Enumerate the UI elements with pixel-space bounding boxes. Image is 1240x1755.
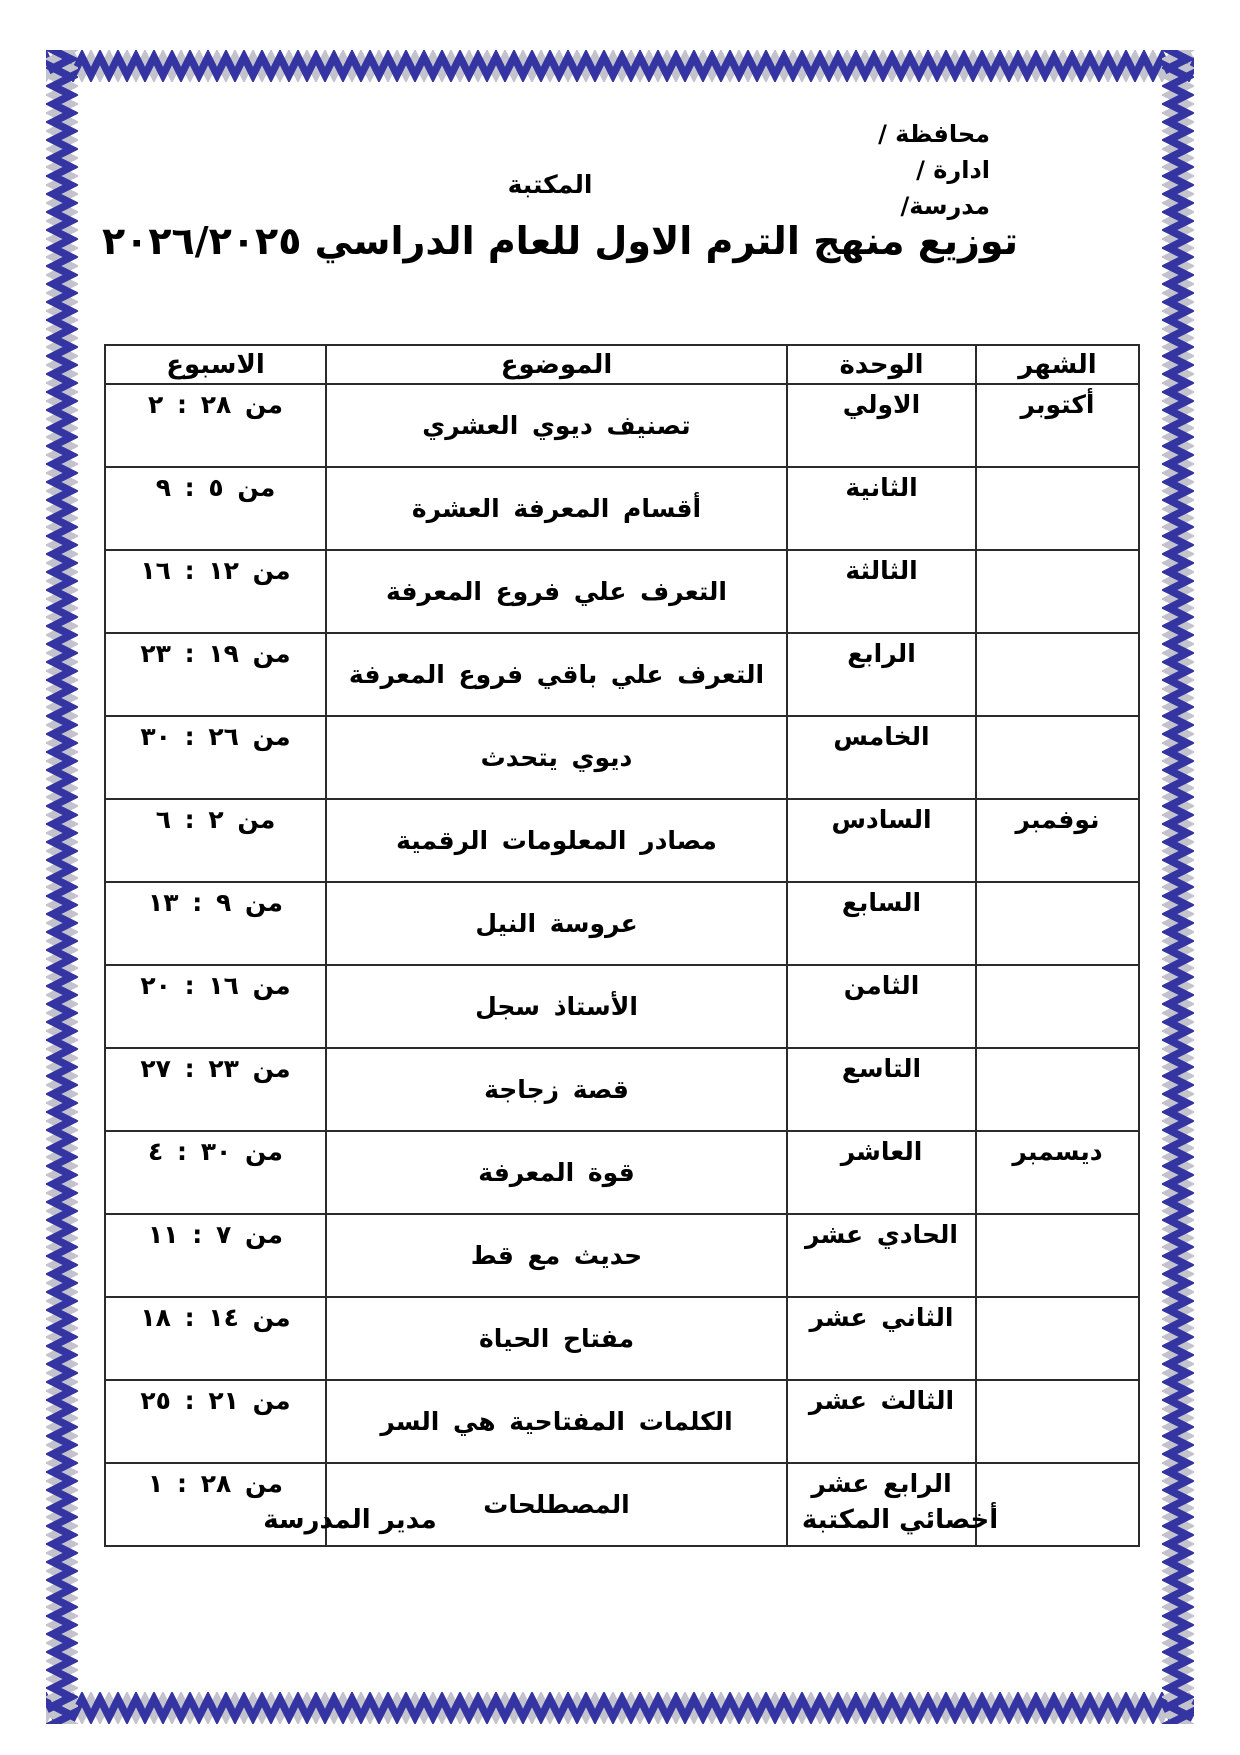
table-row: التاسعقصة زجاجةمن ٢٣ : ٢٧ <box>105 1048 1139 1131</box>
decorative-border-top <box>46 50 1194 82</box>
decorative-border-bottom <box>46 1692 1194 1724</box>
column-header-month: الشهر <box>976 345 1139 384</box>
topic-cell: مصادر المعلومات الرقمية <box>326 799 787 882</box>
topic-cell: الكلمات المفتاحية هي السر <box>326 1380 787 1463</box>
unit-cell: الرابع <box>787 633 976 716</box>
month-cell <box>976 550 1139 633</box>
topic-cell: الأستاذ سجل <box>326 965 787 1048</box>
topic-cell: حديث مع قط <box>326 1214 787 1297</box>
table-row: أكتوبرالاوليتصنيف ديوي العشريمن ٢٨ : ٢ <box>105 384 1139 467</box>
week-cell: من ٧ : ١١ <box>105 1214 326 1297</box>
month-cell: ديسمبر <box>976 1131 1139 1214</box>
table-header-row: الشهر الوحدة الموضوع الاسبوع <box>105 345 1139 384</box>
table-row: الخامسديوي يتحدثمن ٢٦ : ٣٠ <box>105 716 1139 799</box>
unit-cell: السادس <box>787 799 976 882</box>
topic-cell: أقسام المعرفة العشرة <box>326 467 787 550</box>
unit-cell: الحادي عشر <box>787 1214 976 1297</box>
week-cell: من ٢٨ : ٢ <box>105 384 326 467</box>
week-cell: من ٩ : ١٣ <box>105 882 326 965</box>
month-cell <box>976 965 1139 1048</box>
header-official-block: محافظة / ادارة / مدرسة/ <box>878 116 990 224</box>
unit-cell: الثالثة <box>787 550 976 633</box>
principal-signature: مدير المدرسة <box>250 1505 450 1535</box>
month-cell: نوفمبر <box>976 799 1139 882</box>
column-header-week: الاسبوع <box>105 345 326 384</box>
table-row: الثامنالأستاذ سجلمن ١٦ : ٢٠ <box>105 965 1139 1048</box>
unit-cell: العاشر <box>787 1131 976 1214</box>
unit-cell: التاسع <box>787 1048 976 1131</box>
unit-cell: الثاني عشر <box>787 1297 976 1380</box>
unit-cell: الخامس <box>787 716 976 799</box>
table-row: نوفمبرالسادسمصادر المعلومات الرقميةمن ٢ … <box>105 799 1139 882</box>
topic-cell: مفتاح الحياة <box>326 1297 787 1380</box>
week-cell: من ١٢ : ١٦ <box>105 550 326 633</box>
week-cell: من ٥ : ٩ <box>105 467 326 550</box>
unit-cell: الثانية <box>787 467 976 550</box>
table-row: الثاني عشرمفتاح الحياةمن ١٤ : ١٨ <box>105 1297 1139 1380</box>
document-page: محافظة / ادارة / مدرسة/ المكتبة توزيع من… <box>0 0 1240 1755</box>
week-cell: من ١٩ : ٢٣ <box>105 633 326 716</box>
unit-cell: الثامن <box>787 965 976 1048</box>
month-cell <box>976 467 1139 550</box>
week-cell: من ٢ : ٦ <box>105 799 326 882</box>
librarian-signature: أخصائي المكتبة <box>800 1505 1000 1535</box>
unit-cell: السابع <box>787 882 976 965</box>
table-row: ديسمبرالعاشرقوة المعرفةمن ٣٠ : ٤ <box>105 1131 1139 1214</box>
topic-cell: عروسة النيل <box>326 882 787 965</box>
week-cell: من ١٤ : ١٨ <box>105 1297 326 1380</box>
table-row: السابععروسة النيلمن ٩ : ١٣ <box>105 882 1139 965</box>
month-cell: أكتوبر <box>976 384 1139 467</box>
table-row: الثالثةالتعرف علي فروع المعرفةمن ١٢ : ١٦ <box>105 550 1139 633</box>
unit-cell: الاولي <box>787 384 976 467</box>
month-cell <box>976 1463 1139 1546</box>
month-cell <box>976 1048 1139 1131</box>
table-row: الحادي عشرحديث مع قطمن ٧ : ١١ <box>105 1214 1139 1297</box>
topic-cell: التعرف علي فروع المعرفة <box>326 550 787 633</box>
week-cell: من ٢١ : ٢٥ <box>105 1380 326 1463</box>
table-row: الرابعالتعرف علي باقي فروع المعرفةمن ١٩ … <box>105 633 1139 716</box>
month-cell <box>976 882 1139 965</box>
column-header-unit: الوحدة <box>787 345 976 384</box>
week-cell: من ٣٠ : ٤ <box>105 1131 326 1214</box>
month-cell <box>976 1297 1139 1380</box>
week-cell: من ٢٦ : ٣٠ <box>105 716 326 799</box>
week-cell: من ١٦ : ٢٠ <box>105 965 326 1048</box>
week-cell: من ٢٣ : ٢٧ <box>105 1048 326 1131</box>
curriculum-table: الشهر الوحدة الموضوع الاسبوع أكتوبرالاول… <box>104 344 1140 1547</box>
library-label: المكتبة <box>480 170 620 199</box>
topic-cell: التعرف علي باقي فروع المعرفة <box>326 633 787 716</box>
decorative-border-left <box>46 50 78 1724</box>
topic-cell: ديوي يتحدث <box>326 716 787 799</box>
table-row: الثانيةأقسام المعرفة العشرةمن ٥ : ٩ <box>105 467 1139 550</box>
curriculum-table-body: أكتوبرالاوليتصنيف ديوي العشريمن ٢٨ : ٢ال… <box>105 384 1139 1546</box>
column-header-topic: الموضوع <box>326 345 787 384</box>
governorate-line: محافظة / <box>878 116 990 152</box>
administration-line: ادارة / <box>878 152 990 188</box>
document-title: توزيع منهج الترم الاول للعام الدراسي ٢٠٢… <box>40 213 1080 269</box>
unit-cell: الثالث عشر <box>787 1380 976 1463</box>
topic-cell: قصة زجاجة <box>326 1048 787 1131</box>
table-row: الثالث عشرالكلمات المفتاحية هي السرمن ٢١… <box>105 1380 1139 1463</box>
month-cell <box>976 633 1139 716</box>
month-cell <box>976 716 1139 799</box>
topic-cell: قوة المعرفة <box>326 1131 787 1214</box>
month-cell <box>976 1380 1139 1463</box>
topic-cell: تصنيف ديوي العشري <box>326 384 787 467</box>
month-cell <box>976 1214 1139 1297</box>
decorative-border-right <box>1162 50 1194 1724</box>
